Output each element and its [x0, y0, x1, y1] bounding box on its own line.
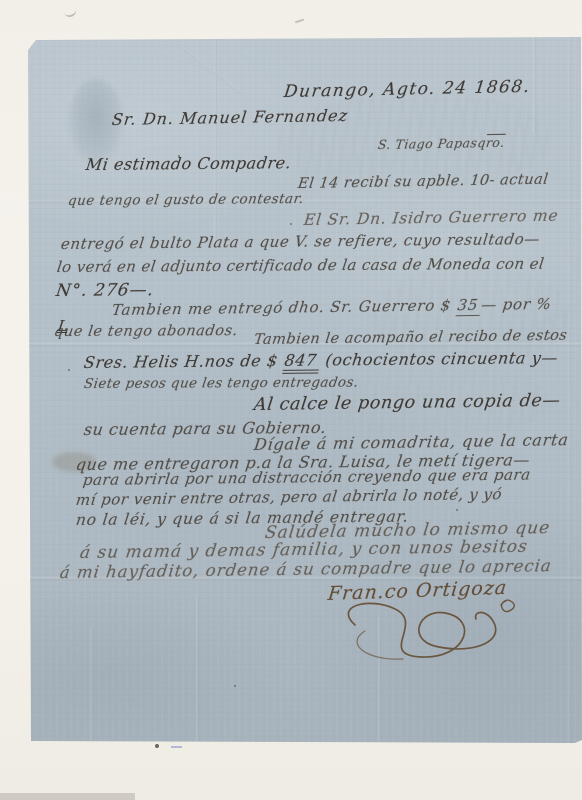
body-line: lo verá en el adjunto certificado de la …	[56, 255, 546, 276]
signature-flourish	[325, 597, 525, 669]
paper-speck	[68, 369, 70, 371]
destination-text: S. Tiago Papasq	[377, 135, 487, 152]
paper-speck	[456, 509, 458, 511]
salutation-line: Mi estimado Compadre.	[85, 153, 293, 174]
amount-text: (ochocientos cincuenta y—	[319, 348, 560, 370]
double-underlined-amount: 847	[282, 351, 321, 374]
paper-speck	[234, 685, 236, 687]
destination-line: S. Tiago Papasqro.	[377, 135, 506, 152]
scanner-tick	[295, 19, 304, 24]
fold-crease	[568, 37, 571, 743]
scanner-smudge-top	[63, 5, 77, 19]
scanned-letter-photo: Durango, Agto. 24 1868. Sr. Dn. Manuel F…	[0, 0, 582, 800]
scanner-blue-tick	[171, 746, 182, 748]
body-line: Siete pesos que les tengo entregados.	[83, 375, 360, 392]
scanner-edge-shadow	[0, 793, 135, 800]
destination-abbreviation: ro.	[485, 135, 506, 150]
fold-crease	[214, 37, 217, 247]
amount-text: Sres. Helis H.nos de $	[83, 351, 285, 372]
fold-crease	[196, 595, 199, 743]
letter-paper: Durango, Agto. 24 1868. Sr. Dn. Manuel F…	[28, 37, 582, 743]
certificate-number-line: N°. 276—.	[55, 280, 156, 301]
body-line: que le tengo abonados.	[53, 323, 239, 340]
underlined-amount: 35	[455, 296, 482, 316]
body-line: que tengo el gusto de contestar.	[67, 191, 305, 209]
paper-speck	[290, 223, 292, 225]
fold-crease	[90, 627, 93, 743]
scanner-speck-bottom	[155, 744, 159, 748]
amount-text: — por %	[480, 295, 552, 314]
